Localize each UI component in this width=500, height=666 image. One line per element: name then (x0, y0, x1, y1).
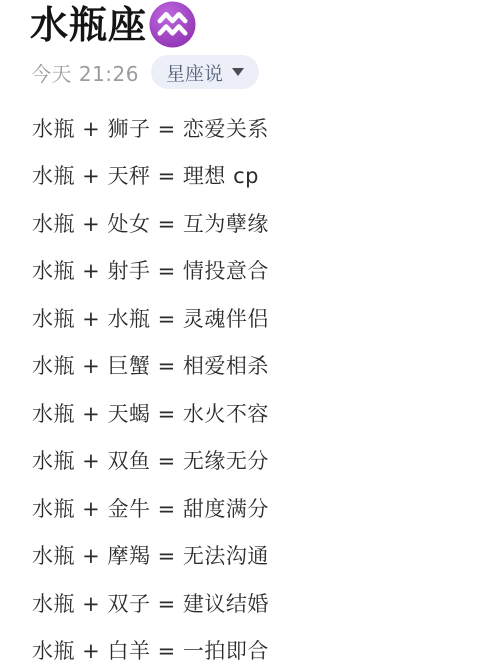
pairing-row: 水瓶 + 双子 = 建议结婚 (32, 579, 500, 627)
post-meta-row: 今天 21:26 星座说 (31, 55, 500, 89)
pairing-row: 水瓶 + 天秤 = 理想 cp (32, 152, 500, 200)
post-title-row: 水瓶座 (0, 0, 500, 48)
pairing-row: 水瓶 + 双鱼 = 无缘无分 (32, 437, 500, 485)
pairing-row: 水瓶 + 处女 = 互为孽缘 (32, 199, 500, 247)
pairing-row: 水瓶 + 水瓶 = 灵魂伴侣 (32, 294, 500, 342)
pairing-row: 水瓶 + 射手 = 情投意合 (32, 247, 500, 295)
pairing-row: 水瓶 + 狮子 = 恋爱关系 (32, 104, 500, 152)
page-title: 水瓶座 (30, 2, 147, 48)
timestamp: 今天 21:26 (31, 58, 139, 87)
pairing-row: 水瓶 + 金牛 = 甜度满分 (32, 484, 500, 532)
pairing-row: 水瓶 + 摩羯 = 无法沟通 (32, 532, 500, 580)
chevron-down-icon (232, 68, 244, 76)
pairing-row: 水瓶 + 巨蟹 = 相爱相杀 (32, 342, 500, 390)
aquarius-icon (149, 1, 196, 48)
topic-badge-label: 星座说 (166, 59, 223, 86)
pairings-list: 水瓶 + 狮子 = 恋爱关系 水瓶 + 天秤 = 理想 cp 水瓶 + 处女 =… (0, 104, 500, 666)
pairing-row: 水瓶 + 白羊 = 一拍即合 (32, 627, 500, 666)
zodiac-post: 水瓶座 今天 21:26 星座说 水瓶 + 狮子 = 恋爱关系 水瓶 (0, 0, 500, 666)
pairing-row: 水瓶 + 天蝎 = 水火不容 (32, 389, 500, 437)
topic-badge[interactable]: 星座说 (151, 55, 259, 89)
